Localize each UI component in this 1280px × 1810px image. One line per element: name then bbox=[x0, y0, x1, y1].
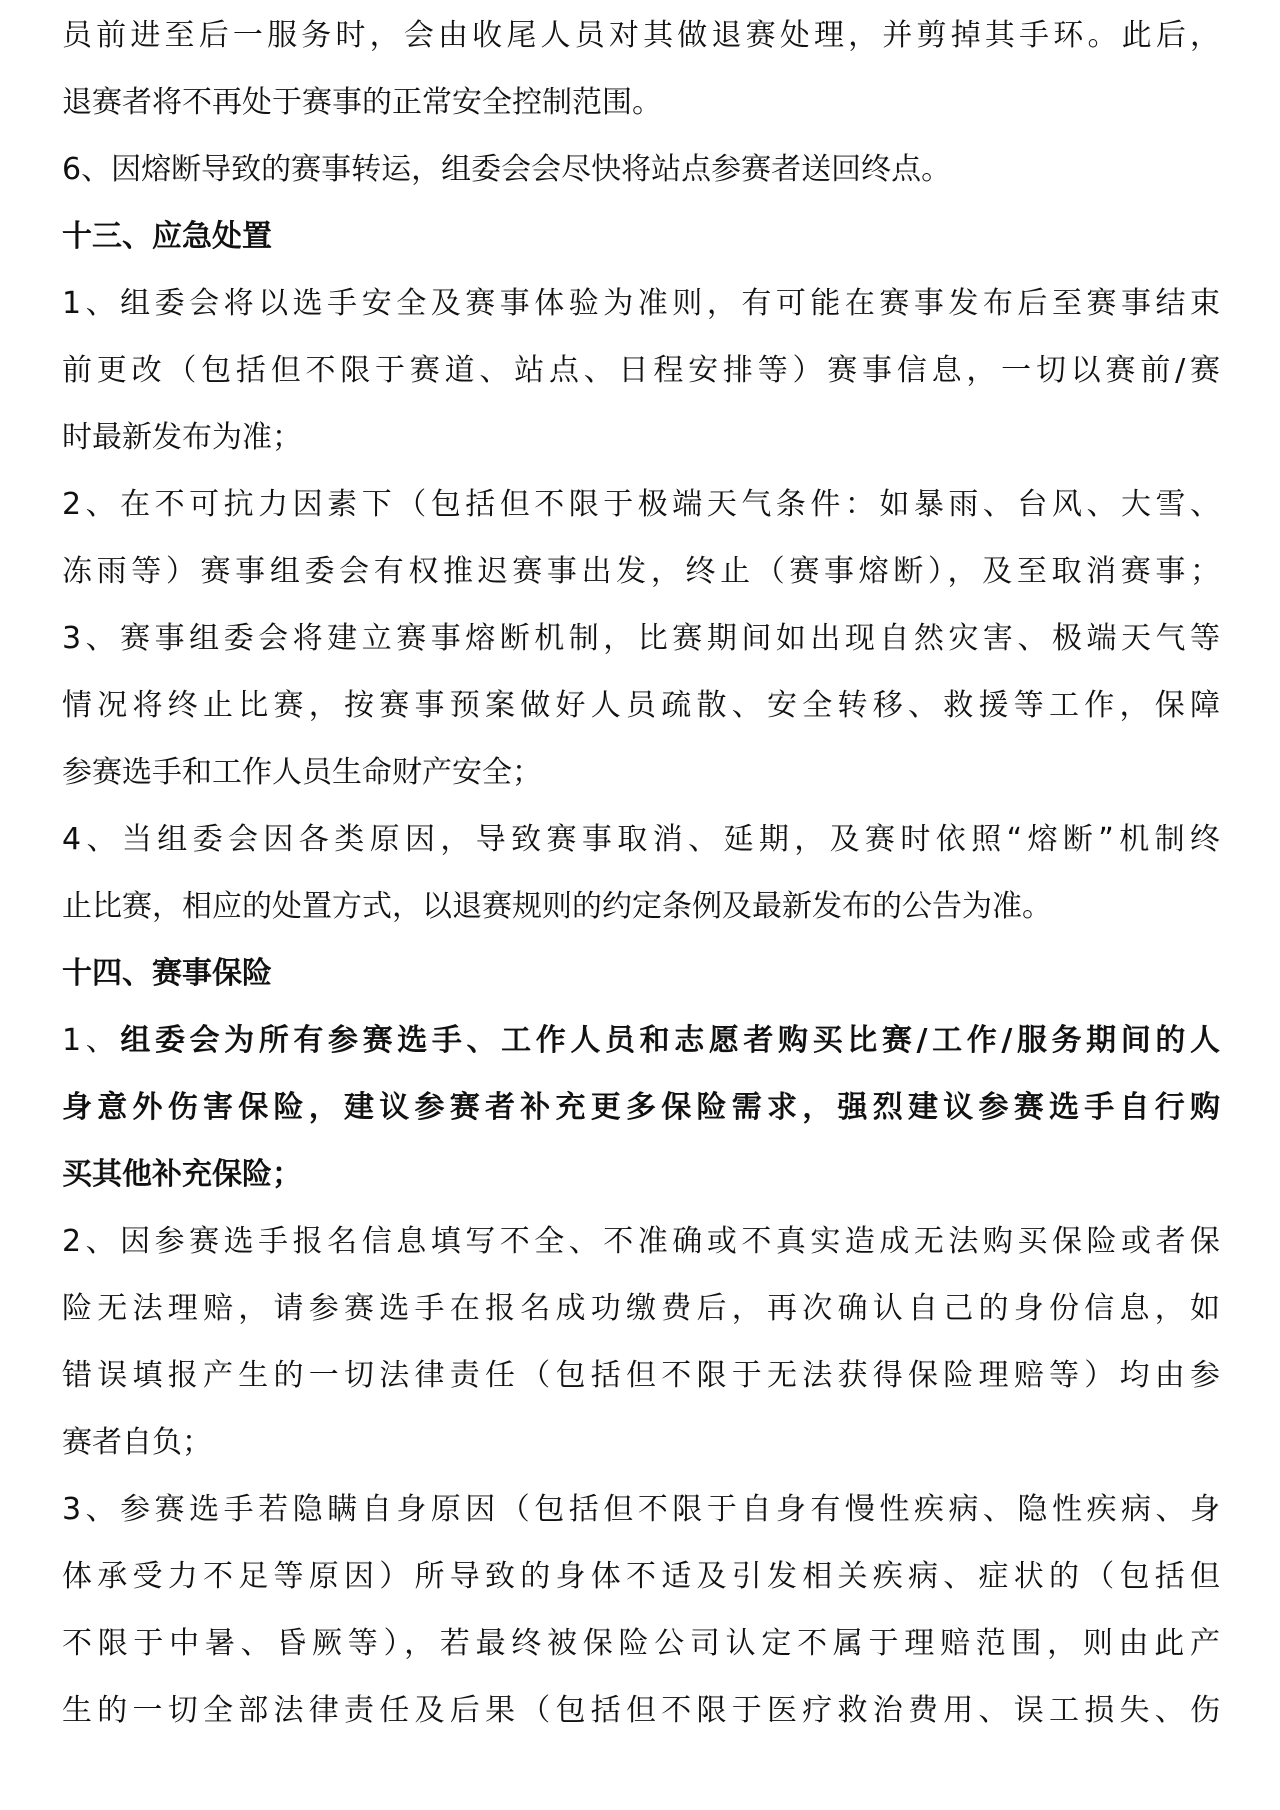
paragraph-line: 参赛选手和工作人员生命财产安全； bbox=[62, 739, 1220, 806]
paragraph-line: 3、赛事组委会将建立赛事熔断机制，比赛期间如出现自然灾害、极端天气等 bbox=[62, 605, 1220, 672]
section-heading-insurance: 十四、赛事保险 bbox=[62, 940, 1220, 1007]
paragraph-line-emphasis: 1、组委会为所有参赛选手、工作人员和志愿者购买比赛/工作/服务期间的人 bbox=[62, 1007, 1220, 1074]
paragraph-line: 前更改（包括但不限于赛道、站点、日程安排等）赛事信息，一切以赛前/赛 bbox=[62, 337, 1220, 404]
paragraph-line: 1、组委会将以选手安全及赛事体验为准则，有可能在赛事发布后至赛事结束 bbox=[62, 270, 1220, 337]
paragraph-line: 员前进至后一服务时，会由收尾人员对其做退赛处理，并剪掉其手环。此后， bbox=[62, 2, 1220, 69]
paragraph-line: 错误填报产生的一切法律责任（包括但不限于无法获得保险理赔等）均由参 bbox=[62, 1342, 1220, 1409]
paragraph-line: 冻雨等）赛事组委会有权推迟赛事出发，终止（赛事熔断），及至取消赛事； bbox=[62, 538, 1220, 605]
section-heading-emergency: 十三、应急处置 bbox=[62, 203, 1220, 270]
paragraph-line: 时最新发布为准； bbox=[62, 404, 1220, 471]
document-body: 员前进至后一服务时，会由收尾人员对其做退赛处理，并剪掉其手环。此后， 退赛者将不… bbox=[62, 0, 1220, 1744]
paragraph-line: 退赛者将不再处于赛事的正常安全控制范围。 bbox=[62, 69, 1220, 136]
paragraph-line: 4、当组委会因各类原因，导致赛事取消、延期，及赛时依照“熔断”机制终 bbox=[62, 806, 1220, 873]
paragraph-line: 6、因熔断导致的赛事转运，组委会会尽快将站点参赛者送回终点。 bbox=[62, 136, 1220, 203]
paragraph-line: 不限于中暑、昏厥等），若最终被保险公司认定不属于理赔范围，则由此产 bbox=[62, 1610, 1220, 1677]
paragraph-line: 2、因参赛选手报名信息填写不全、不准确或不真实造成无法购买保险或者保 bbox=[62, 1208, 1220, 1275]
emphasized-text: 组委会为所有参赛选手、工作人员和志愿者购买比赛/工作/服务期间的人 bbox=[120, 1023, 1220, 1058]
paragraph-line: 险无法理赔，请参赛选手在报名成功缴费后，再次确认自己的身份信息，如 bbox=[62, 1275, 1220, 1342]
paragraph-line: 3、参赛选手若隐瞒自身原因（包括但不限于自身有慢性疾病、隐性疾病、身 bbox=[62, 1476, 1220, 1543]
item-number: 1、 bbox=[62, 1023, 120, 1058]
paragraph-line: 2、在不可抗力因素下（包括但不限于极端天气条件：如暴雨、台风、大雪、 bbox=[62, 471, 1220, 538]
paragraph-line: 生的一切全部法律责任及后果（包括但不限于医疗救治费用、误工损失、伤 bbox=[62, 1677, 1220, 1744]
paragraph-line: 赛者自负； bbox=[62, 1409, 1220, 1476]
paragraph-line: 体承受力不足等原因）所导致的身体不适及引发相关疾病、症状的（包括但 bbox=[62, 1543, 1220, 1610]
paragraph-line-emphasis: 买其他补充保险； bbox=[62, 1141, 1220, 1208]
paragraph-line-emphasis: 身意外伤害保险，建议参赛者补充更多保险需求，强烈建议参赛选手自行购 bbox=[62, 1074, 1220, 1141]
paragraph-line: 情况将终止比赛，按赛事预案做好人员疏散、安全转移、救援等工作，保障 bbox=[62, 672, 1220, 739]
paragraph-line: 止比赛，相应的处置方式，以退赛规则的约定条例及最新发布的公告为准。 bbox=[62, 873, 1220, 940]
